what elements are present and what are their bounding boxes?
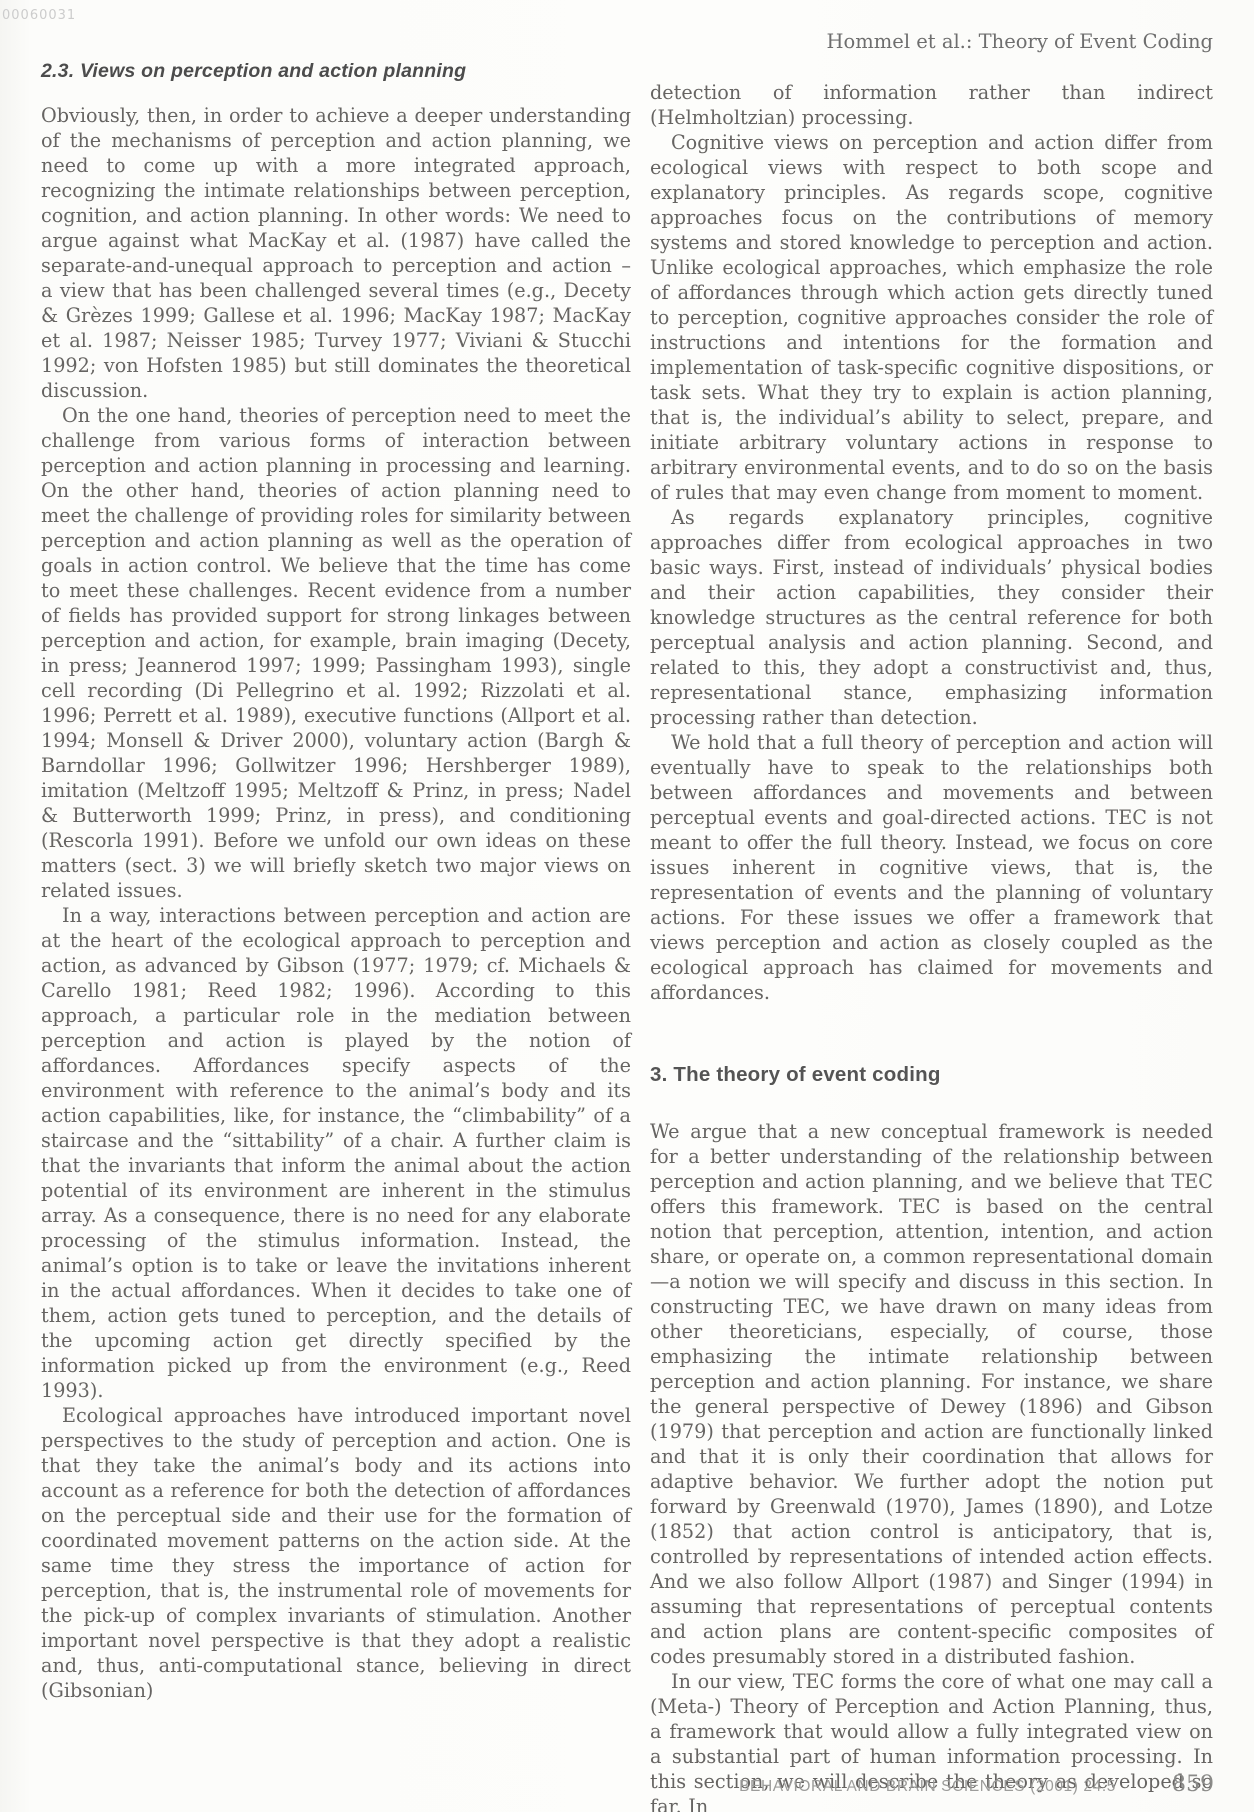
paragraph: detection of information rather than ind… xyxy=(650,80,1213,130)
page-number: 859 xyxy=(1172,1772,1214,1797)
running-head: Hommel et al.: Theory of Event Coding xyxy=(650,30,1213,53)
left-column: 2.3. Views on perception and action plan… xyxy=(41,60,631,1703)
scanned-journal-page: 00060031 2.3. Views on perception and ac… xyxy=(0,0,1254,1812)
section-3-heading: 3. The theory of event coding xyxy=(650,1063,1213,1087)
paragraph: We hold that a full theory of perception… xyxy=(650,730,1213,1005)
paragraph: Cognitive views on perception and action… xyxy=(650,130,1213,505)
paragraph: As regards explanatory principles, cogni… xyxy=(650,505,1213,730)
paragraph: We argue that a new conceptual framework… xyxy=(650,1119,1213,1669)
journal-line: BEHAVIORAL AND BRAIN SCIENCES (2001) 24:… xyxy=(739,1778,1116,1796)
paragraph: In a way, interactions between perceptio… xyxy=(41,903,631,1403)
right-column: Hommel et al.: Theory of Event Coding de… xyxy=(650,30,1213,1812)
scan-id-stamp: 00060031 xyxy=(2,8,76,23)
paragraph: On the one hand, theories of perception … xyxy=(41,403,631,903)
paragraph: Ecological approaches have introduced im… xyxy=(41,1403,631,1703)
page-footer: BEHAVIORAL AND BRAIN SCIENCES (2001) 24:… xyxy=(650,1772,1214,1797)
section-2-3-heading: 2.3. Views on perception and action plan… xyxy=(41,60,631,83)
paragraph: Obviously, then, in order to achieve a d… xyxy=(41,103,631,403)
